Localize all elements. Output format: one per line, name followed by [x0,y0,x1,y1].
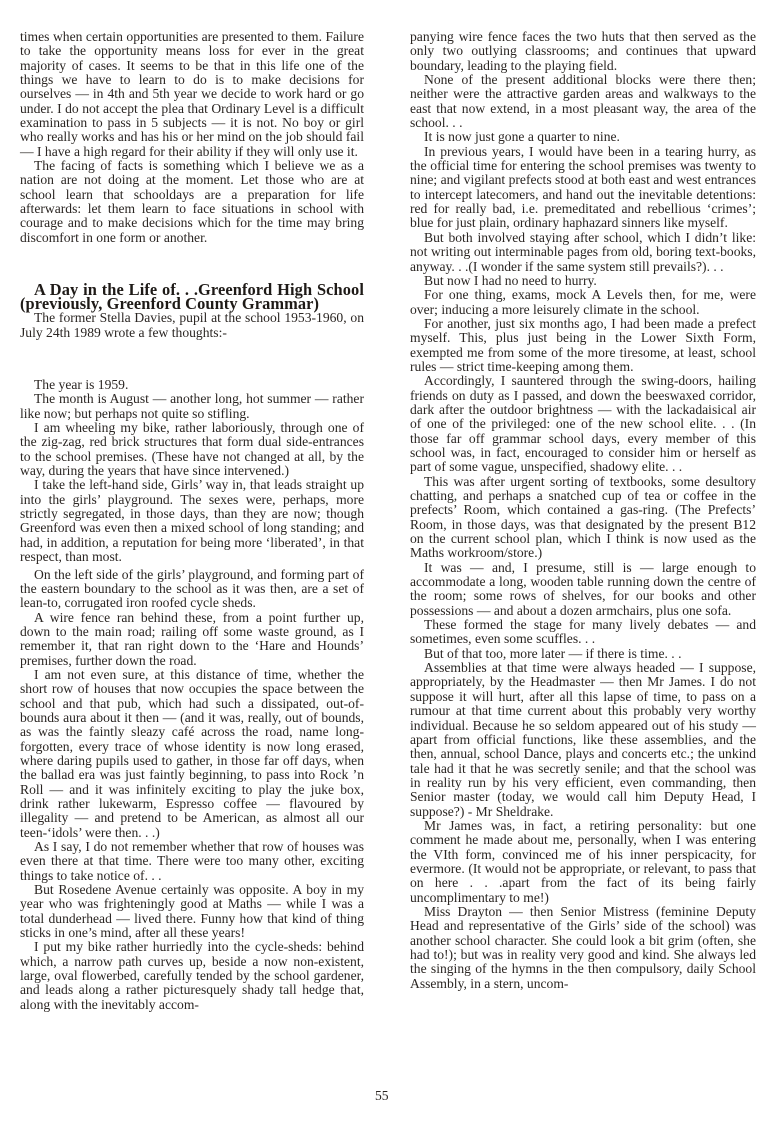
paragraph: For one thing, exams, mock A Levels then… [410,288,756,317]
paragraph: These formed the stage for many lively d… [410,618,756,647]
paragraph: But Rosedene Avenue certainly was opposi… [20,883,364,940]
page-number: 55 [375,1088,389,1104]
paragraph: I am not even sure, at this distance of … [20,668,364,840]
paragraph: But now I had no need to hurry. [410,274,756,288]
paragraph: I am wheeling my bike, rather laboriousl… [20,421,364,478]
paragraph: In previous years, I would have been in … [410,145,756,231]
section-spacer [20,340,364,378]
paragraph: Accordingly, I sauntered through the swi… [410,374,756,474]
paragraph: For another, just six months ago, I had … [410,317,756,374]
paragraph: It is now just gone a quarter to nine. [410,130,756,144]
paragraph: This was after urgent sorting of textboo… [410,475,756,561]
paragraph: As I say, I do not remember whether that… [20,840,364,883]
paragraph: The month is August — another long, hot … [20,392,364,421]
paragraph: I put my bike rather hurriedly into the … [20,940,364,1012]
article-heading: A Day in the Life of. . .Greenford High … [20,283,364,310]
paragraph: I take the left-hand side, Girls’ way in… [20,478,364,564]
paragraph: Assemblies at that time were always head… [410,661,756,819]
paragraph: Mr James was, in fact, a retiring person… [410,819,756,905]
right-column: panying wire fence faces the two huts th… [410,30,756,991]
paragraph: None of the present additional blocks we… [410,73,756,130]
paragraph: Miss Drayton — then Senior Mistress (fem… [410,905,756,991]
paragraph: panying wire fence faces the two huts th… [410,30,756,73]
left-column: times when certain opportunities are pre… [20,30,364,1012]
article-intro: The former Stella Davies, pupil at the s… [20,311,364,340]
paragraph: A wire fence ran behind these, from a po… [20,611,364,668]
paragraph: On the left side of the girls’ playgroun… [20,568,364,611]
paragraph: But both involved staying after school, … [410,231,756,274]
paragraph: It was — and, I presume, still is — larg… [410,561,756,618]
paragraph: times when certain opportunities are pre… [20,30,364,159]
paragraph: But of that too, more later — if there i… [410,647,756,661]
paragraph: The facing of facts is something which I… [20,159,364,245]
paragraph: The year is 1959. [20,378,364,392]
